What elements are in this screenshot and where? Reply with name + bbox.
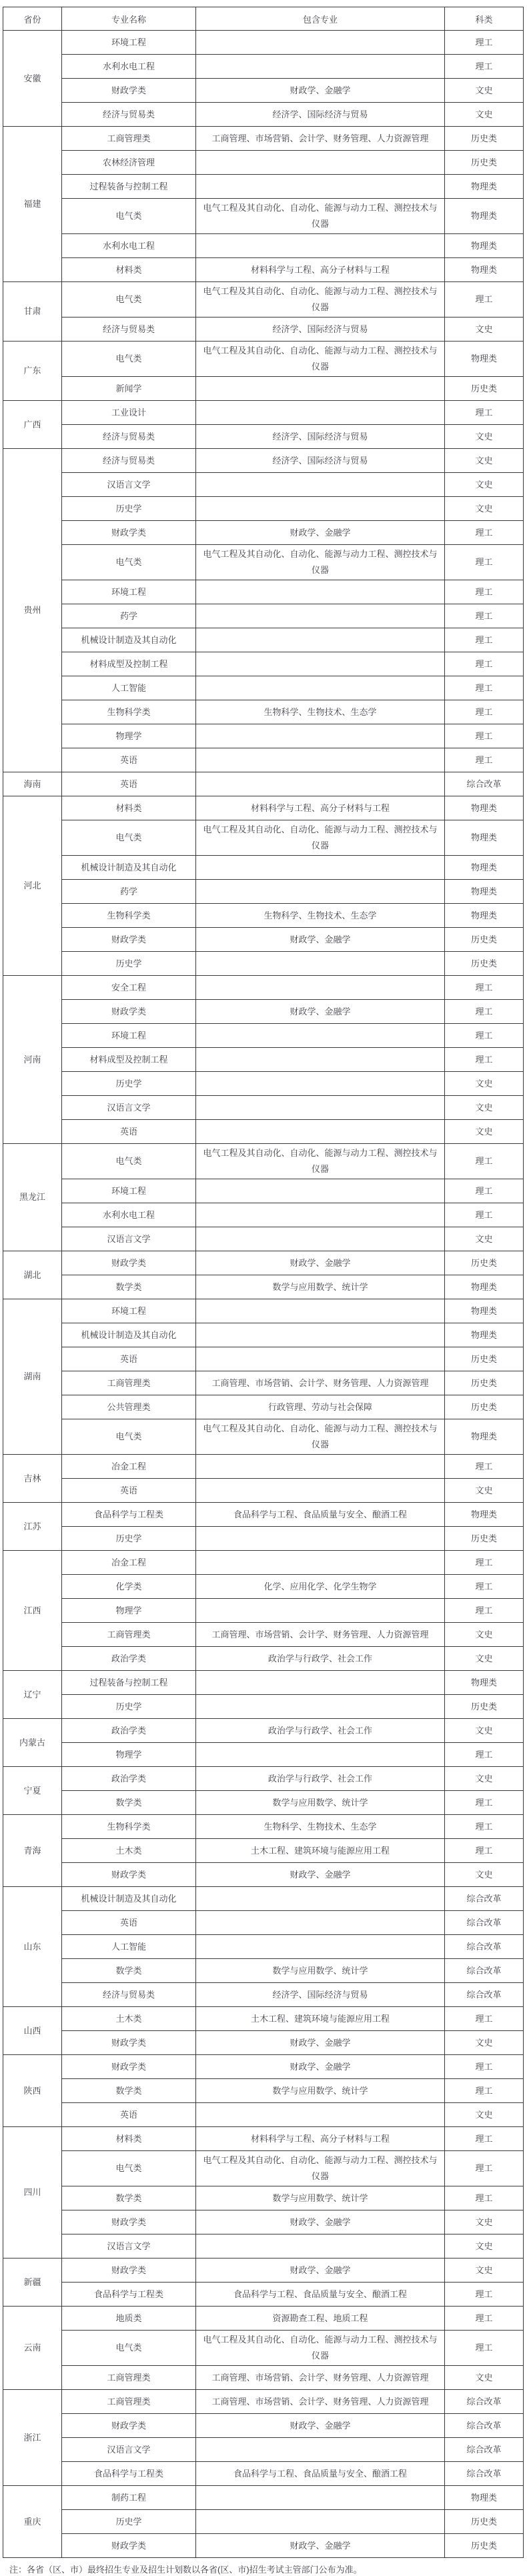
- table-row: 生物科学类生物科学、生物技术、生态学物理类: [3, 904, 524, 928]
- category-cell: 文史: [445, 79, 524, 103]
- major-cell: 英语: [62, 2103, 196, 2127]
- table-row: 英语理工: [3, 748, 524, 772]
- includes-cell: 电气工程及其自动化、自动化、能源与动力工程、测控技术与仪器: [196, 342, 445, 377]
- category-cell: 理工: [445, 1000, 524, 1024]
- category-cell: 物理类: [445, 1503, 524, 1527]
- major-cell: 冶金工程: [62, 1455, 196, 1479]
- includes-cell: [196, 2234, 445, 2259]
- table-row: 数学类数学与应用数学、统计学综合改革: [3, 1959, 524, 1983]
- major-cell: 数学类: [62, 2186, 196, 2210]
- category-cell: 综合改革: [445, 2390, 524, 2414]
- includes-cell: 土木工程、建筑环境与能源应用工程: [196, 1839, 445, 1863]
- includes-cell: [196, 652, 445, 676]
- table-row: 数学类数学与应用数学、统计学理工: [3, 2079, 524, 2103]
- table-row: 食品科学与工程类食品科学与工程、食品质量与安全、酿酒工程理工: [3, 2283, 524, 2307]
- table-row: 财政学类财政学、金融学文史: [3, 1863, 524, 1887]
- includes-cell: 工商管理、市场营销、会计学、财务管理、人力资源管理: [196, 1371, 445, 1395]
- major-cell: 电气类: [62, 1144, 196, 1179]
- table-row: 山东机械设计制造及其自动化综合改革: [3, 1887, 524, 1911]
- province-cell: 浙江: [3, 2390, 62, 2486]
- category-cell: 理工: [445, 1839, 524, 1863]
- major-cell: 材料类: [62, 796, 196, 820]
- table-row: 材料成型及控制工程理工: [3, 1048, 524, 1072]
- category-cell: 理工: [445, 521, 524, 545]
- table-row: 生物科学类生物科学、生物技术、生态学理工: [3, 700, 524, 724]
- includes-cell: 电气工程及其自动化、自动化、能源与动力工程、测控技术与仪器: [196, 199, 445, 234]
- includes-cell: 化学、应用化学、化学生物学: [196, 1575, 445, 1599]
- major-cell: 电气类: [62, 545, 196, 580]
- table-row: 机械设计制造及其自动化物理类: [3, 856, 524, 880]
- category-cell: 理工: [445, 2331, 524, 2366]
- includes-cell: 财政学、金融学: [196, 2259, 445, 2283]
- includes-cell: [196, 1671, 445, 1695]
- category-cell: 文史: [445, 2234, 524, 2259]
- table-row: 历史学历史类: [3, 952, 524, 976]
- table-row: 水利水电工程理工: [3, 1203, 524, 1227]
- category-cell: 历史类: [445, 1527, 524, 1551]
- province-cell: 湖南: [3, 1299, 62, 1455]
- major-cell: 政治学类: [62, 1767, 196, 1791]
- includes-cell: 财政学、金融学: [196, 2210, 445, 2234]
- category-cell: 综合改革: [445, 1959, 524, 1983]
- includes-cell: 行政管理、劳动与社会保障: [196, 1395, 445, 1419]
- category-cell: 历史类: [445, 1371, 524, 1395]
- includes-cell: 电气工程及其自动化、自动化、能源与动力工程、测控技术与仪器: [196, 282, 445, 317]
- major-cell: 物理学: [62, 1743, 196, 1767]
- category-cell: 物理类: [445, 880, 524, 904]
- table-row: 内蒙古政治学类政治学与行政学、社会工作文史: [3, 1719, 524, 1743]
- includes-cell: [196, 1299, 445, 1323]
- category-cell: 理工: [445, 2283, 524, 2307]
- table-row: 新闻学历史类: [3, 377, 524, 401]
- table-row: 经济与贸易类经济学、国际经济与贸易文史: [3, 317, 524, 342]
- major-cell: 历史学: [62, 2510, 196, 2534]
- category-cell: 理工: [445, 1203, 524, 1227]
- province-cell: 陕西: [3, 2055, 62, 2127]
- major-cell: 历史学: [62, 497, 196, 521]
- major-cell: 政治学类: [62, 1647, 196, 1671]
- major-cell: 经济与贸易类: [62, 449, 196, 473]
- category-cell: 文史: [445, 317, 524, 342]
- includes-cell: [196, 234, 445, 258]
- province-cell: 云南: [3, 2307, 62, 2390]
- category-cell: 理工: [445, 31, 524, 55]
- includes-cell: [196, 1048, 445, 1072]
- includes-cell: 数学与应用数学、统计学: [196, 1959, 445, 1983]
- includes-cell: [196, 1120, 445, 1144]
- province-cell: 四川: [3, 2127, 62, 2259]
- includes-cell: 财政学、金融学: [196, 2031, 445, 2055]
- major-cell: 环境工程: [62, 1179, 196, 1203]
- table-row: 河北材料类材料科学与工程、高分子材料与工程物理类: [3, 796, 524, 820]
- major-cell: 水利水电工程: [62, 1203, 196, 1227]
- category-cell: 文史: [445, 1479, 524, 1503]
- includes-cell: [196, 401, 445, 425]
- table-row: 政治学类政治学与行政学、社会工作文史: [3, 1647, 524, 1671]
- major-cell: 机械设计制造及其自动化: [62, 1323, 196, 1347]
- major-cell: 汉语言文学: [62, 1096, 196, 1120]
- province-cell: 贵州: [3, 449, 62, 772]
- category-cell: 历史类: [445, 151, 524, 175]
- major-cell: 英语: [62, 748, 196, 772]
- includes-cell: 经济学、国际经济与贸易: [196, 317, 445, 342]
- major-cell: 经济与贸易类: [62, 317, 196, 342]
- includes-cell: 生物科学、生物技术、生态学: [196, 700, 445, 724]
- includes-cell: 资源勘查工程、地质工程: [196, 2307, 445, 2331]
- category-cell: 理工: [445, 628, 524, 652]
- includes-cell: [196, 1227, 445, 1251]
- major-cell: 电气类: [62, 282, 196, 317]
- category-cell: 历史类: [445, 1395, 524, 1419]
- category-cell: 物理类: [445, 1299, 524, 1323]
- includes-cell: 财政学、金融学: [196, 1000, 445, 1024]
- table-row: 甘肃电气类电气工程及其自动化、自动化、能源与动力工程、测控技术与仪器理工: [3, 282, 524, 317]
- includes-cell: 生物科学、生物技术、生态学: [196, 904, 445, 928]
- table-row: 辽宁过程装备与控制工程物理类: [3, 1671, 524, 1695]
- category-cell: 理工: [445, 976, 524, 1000]
- includes-cell: [196, 1096, 445, 1120]
- table-row: 历史学历史类: [3, 2510, 524, 2534]
- includes-cell: [196, 1024, 445, 1048]
- province-cell: 新疆: [3, 2259, 62, 2307]
- includes-cell: [196, 1551, 445, 1575]
- table-row: 土木类土木工程、建筑环境与能源应用工程理工: [3, 1839, 524, 1863]
- table-row: 四川材料类材料科学与工程、高分子材料与工程理工: [3, 2127, 524, 2151]
- major-cell: 生物科学类: [62, 904, 196, 928]
- includes-cell: [196, 1911, 445, 1935]
- province-cell: 宁夏: [3, 1767, 62, 1815]
- major-cell: 食品科学与工程类: [62, 1503, 196, 1527]
- table-row: 新疆财政学类财政学、金融学文史: [3, 2259, 524, 2283]
- includes-cell: [196, 724, 445, 748]
- major-cell: 机械设计制造及其自动化: [62, 856, 196, 880]
- province-cell: 广东: [3, 342, 62, 401]
- table-row: 数学类数学与应用数学、统计学理工: [3, 1791, 524, 1815]
- category-cell: 理工: [445, 652, 524, 676]
- category-cell: 理工: [445, 2007, 524, 2031]
- province-cell: 河北: [3, 796, 62, 976]
- category-cell: 理工: [445, 2307, 524, 2331]
- includes-cell: 电气工程及其自动化、自动化、能源与动力工程、测控技术与仪器: [196, 545, 445, 580]
- includes-cell: [196, 31, 445, 55]
- category-cell: 文史: [445, 425, 524, 449]
- major-cell: 政治学类: [62, 1719, 196, 1743]
- table-row: 化学类化学、应用化学、化学生物学理工: [3, 1575, 524, 1599]
- major-cell: 公共管理类: [62, 1395, 196, 1419]
- major-cell: 英语: [62, 1347, 196, 1371]
- major-cell: 安全工程: [62, 976, 196, 1000]
- major-cell: 材料类: [62, 2127, 196, 2151]
- category-cell: 理工: [445, 2186, 524, 2210]
- major-cell: 水利水电工程: [62, 55, 196, 79]
- province-cell: 湖北: [3, 1251, 62, 1299]
- includes-cell: [196, 175, 445, 199]
- category-cell: 文史: [445, 1719, 524, 1743]
- major-cell: 财政学类: [62, 521, 196, 545]
- includes-cell: [196, 55, 445, 79]
- province-cell: 江苏: [3, 1503, 62, 1551]
- category-cell: 理工: [445, 1791, 524, 1815]
- category-cell: 物理类: [445, 234, 524, 258]
- major-cell: 环境工程: [62, 580, 196, 604]
- table-row: 经济与贸易类经济学、国际经济与贸易文史: [3, 425, 524, 449]
- includes-cell: [196, 377, 445, 401]
- includes-cell: 数学与应用数学、统计学: [196, 2186, 445, 2210]
- major-cell: 人工智能: [62, 676, 196, 700]
- table-row: 吉林冶金工程理工: [3, 1455, 524, 1479]
- table-row: 水利水电工程理工: [3, 55, 524, 79]
- major-cell: 药学: [62, 880, 196, 904]
- includes-cell: [196, 473, 445, 497]
- admission-table: 省份 专业名称 包含专业 科类 安徽环境工程理工水利水电工程理工财政学类财政学、…: [3, 7, 524, 2558]
- province-cell: 甘肃: [3, 282, 62, 342]
- category-cell: 理工: [445, 1743, 524, 1767]
- category-cell: 文史: [445, 2031, 524, 2055]
- major-cell: 财政学类: [62, 928, 196, 952]
- table-row: 广西工业设计理工: [3, 401, 524, 425]
- table-row: 公共管理类行政管理、劳动与社会保障历史类: [3, 1395, 524, 1419]
- includes-cell: 食品科学与工程、食品质量与安全、酿酒工程: [196, 2462, 445, 2486]
- major-cell: 历史学: [62, 1527, 196, 1551]
- table-row: 药学理工: [3, 604, 524, 628]
- includes-cell: [196, 976, 445, 1000]
- category-cell: 理工: [445, 401, 524, 425]
- major-cell: 材料类: [62, 258, 196, 282]
- includes-cell: [196, 1072, 445, 1096]
- includes-cell: [196, 628, 445, 652]
- major-cell: 财政学类: [62, 79, 196, 103]
- includes-cell: 财政学、金融学: [196, 1251, 445, 1275]
- table-row: 汉语言文学文史: [3, 473, 524, 497]
- major-cell: 食品科学与工程类: [62, 2462, 196, 2486]
- category-cell: 理工: [445, 2127, 524, 2151]
- major-cell: 环境工程: [62, 1299, 196, 1323]
- table-row: 湖南环境工程物理类: [3, 1299, 524, 1323]
- table-row: 水利水电工程物理类: [3, 234, 524, 258]
- major-cell: 财政学类: [62, 2414, 196, 2438]
- table-row: 英语文史: [3, 1120, 524, 1144]
- includes-cell: 工商管理、市场营销、会计学、财务管理、人力资源管理: [196, 2390, 445, 2414]
- category-cell: 历史类: [445, 952, 524, 976]
- includes-cell: [196, 1695, 445, 1719]
- category-cell: 理工: [445, 580, 524, 604]
- major-cell: 制药工程: [62, 2486, 196, 2510]
- includes-cell: 财政学、金融学: [196, 928, 445, 952]
- major-cell: 电气类: [62, 1419, 196, 1455]
- major-cell: 汉语言文学: [62, 1227, 196, 1251]
- includes-cell: [196, 880, 445, 904]
- table-row: 数学类数学与应用数学、统计学物理类: [3, 1275, 524, 1299]
- includes-cell: [196, 2486, 445, 2510]
- major-cell: 数学类: [62, 2079, 196, 2103]
- category-cell: 历史类: [445, 377, 524, 401]
- table-row: 电气类电气工程及其自动化、自动化、能源与动力工程、测控技术与仪器物理类: [3, 1419, 524, 1455]
- major-cell: 财政学类: [62, 1863, 196, 1887]
- table-row: 安徽环境工程理工: [3, 31, 524, 55]
- includes-cell: 数学与应用数学、统计学: [196, 1275, 445, 1299]
- includes-cell: 财政学、金融学: [196, 2534, 445, 2558]
- major-cell: 财政学类: [62, 2534, 196, 2558]
- table-row: 云南地质类资源勘查工程、地质工程理工: [3, 2307, 524, 2331]
- includes-cell: [196, 1455, 445, 1479]
- table-row: 经济与贸易类经济学、国际经济与贸易文史: [3, 103, 524, 127]
- table-row: 广东电气类电气工程及其自动化、自动化、能源与动力工程、测控技术与仪器物理类: [3, 342, 524, 377]
- includes-cell: 财政学、金融学: [196, 79, 445, 103]
- includes-cell: 工商管理、市场营销、会计学、财务管理、人力资源管理: [196, 127, 445, 151]
- category-cell: 理工: [445, 1144, 524, 1179]
- major-cell: 物理学: [62, 724, 196, 748]
- major-cell: 财政学类: [62, 2210, 196, 2234]
- includes-cell: [196, 1887, 445, 1911]
- category-cell: 综合改革: [445, 1935, 524, 1959]
- province-cell: 海南: [3, 772, 62, 796]
- category-cell: 物理类: [445, 1275, 524, 1299]
- major-cell: 电气类: [62, 199, 196, 234]
- table-row: 药学物理类: [3, 880, 524, 904]
- table-row: 电气类电气工程及其自动化、自动化、能源与动力工程、测控技术与仪器理工: [3, 2331, 524, 2366]
- category-cell: 文史: [445, 1072, 524, 1096]
- category-cell: 历史类: [445, 1695, 524, 1719]
- major-cell: 电气类: [62, 820, 196, 856]
- major-cell: 英语: [62, 772, 196, 796]
- page: 省份 专业名称 包含专业 科类 安徽环境工程理工水利水电工程理工财政学类财政学、…: [0, 7, 527, 2576]
- category-cell: 物理类: [445, 175, 524, 199]
- category-cell: 综合改革: [445, 772, 524, 796]
- category-cell: 文史: [445, 1623, 524, 1647]
- category-cell: 理工: [445, 748, 524, 772]
- category-cell: 物理类: [445, 342, 524, 377]
- includes-cell: 财政学、金融学: [196, 2055, 445, 2079]
- category-cell: 历史类: [445, 2534, 524, 2558]
- includes-cell: [196, 1203, 445, 1227]
- category-cell: 综合改革: [445, 2462, 524, 2486]
- category-cell: 历史类: [445, 928, 524, 952]
- category-cell: 理工: [445, 1551, 524, 1575]
- major-cell: 水利水电工程: [62, 234, 196, 258]
- includes-cell: [196, 1479, 445, 1503]
- table-row: 物理学理工: [3, 1743, 524, 1767]
- includes-cell: [196, 1323, 445, 1347]
- category-cell: 理工: [445, 676, 524, 700]
- footnote: 注：各省（区、市）最终招生专业及招生计划数以各省(区、市)招生考试主管部门公布为…: [9, 2564, 527, 2576]
- table-row: 经济与贸易类经济学、国际经济与贸易综合改革: [3, 1983, 524, 2007]
- table-row: 物理学理工: [3, 1599, 524, 1623]
- includes-cell: [196, 604, 445, 628]
- table-row: 河南安全工程理工: [3, 976, 524, 1000]
- category-cell: 理工: [445, 700, 524, 724]
- table-row: 工商管理类工商管理、市场营销、会计学、财务管理、人力资源管理文史: [3, 1623, 524, 1647]
- table-body: 安徽环境工程理工水利水电工程理工财政学类财政学、金融学文史经济与贸易类经济学、国…: [3, 31, 524, 2558]
- major-cell: 化学类: [62, 1575, 196, 1599]
- category-cell: 理工: [445, 1599, 524, 1623]
- category-cell: 综合改革: [445, 1887, 524, 1911]
- category-cell: 历史类: [445, 1251, 524, 1275]
- major-cell: 土木类: [62, 2007, 196, 2031]
- includes-cell: [196, 1179, 445, 1203]
- includes-cell: [196, 772, 445, 796]
- table-row: 汉语言文学文史: [3, 2234, 524, 2259]
- category-cell: 理工: [445, 2151, 524, 2186]
- major-cell: 英语: [62, 1120, 196, 1144]
- includes-cell: 食品科学与工程、食品质量与安全、酿酒工程: [196, 2283, 445, 2307]
- includes-cell: 财政学、金融学: [196, 1863, 445, 1887]
- category-cell: 文史: [445, 1120, 524, 1144]
- includes-cell: 政治学与行政学、社会工作: [196, 1647, 445, 1671]
- category-cell: 理工: [445, 1455, 524, 1479]
- includes-cell: [196, 1935, 445, 1959]
- table-row: 材料类材料科学与工程、高分子材料与工程物理类: [3, 258, 524, 282]
- table-row: 财政学类财政学、金融学理工: [3, 521, 524, 545]
- major-cell: 冶金工程: [62, 1551, 196, 1575]
- category-cell: 文史: [445, 449, 524, 473]
- includes-cell: 经济学、国际经济与贸易: [196, 449, 445, 473]
- includes-cell: 工商管理、市场营销、会计学、财务管理、人力资源管理: [196, 1623, 445, 1647]
- major-cell: 工商管理类: [62, 2366, 196, 2390]
- major-cell: 生物科学类: [62, 700, 196, 724]
- major-cell: 经济与贸易类: [62, 103, 196, 127]
- major-cell: 财政学类: [62, 2055, 196, 2079]
- major-cell: 历史学: [62, 952, 196, 976]
- table-row: 电气类电气工程及其自动化、自动化、能源与动力工程、测控技术与仪器理工: [3, 545, 524, 580]
- province-cell: 山东: [3, 1887, 62, 2007]
- includes-cell: 材料科学与工程、高分子材料与工程: [196, 796, 445, 820]
- category-cell: 文史: [445, 1647, 524, 1671]
- major-cell: 土木类: [62, 1839, 196, 1863]
- table-row: 贵州经济与贸易类经济学、国际经济与贸易文史: [3, 449, 524, 473]
- table-row: 工商管理类工商管理、市场营销、会计学、财务管理、人力资源管理历史类: [3, 1371, 524, 1395]
- table-row: 汉语言文学文史: [3, 1227, 524, 1251]
- major-cell: 工商管理类: [62, 127, 196, 151]
- includes-cell: 经济学、国际经济与贸易: [196, 103, 445, 127]
- category-cell: 物理类: [445, 796, 524, 820]
- table-row: 英语文史: [3, 2103, 524, 2127]
- includes-cell: 电气工程及其自动化、自动化、能源与动力工程、测控技术与仪器: [196, 2331, 445, 2366]
- category-cell: 文史: [445, 2210, 524, 2234]
- province-cell: 内蒙古: [3, 1719, 62, 1767]
- category-cell: 理工: [445, 1048, 524, 1072]
- major-cell: 材料成型及控制工程: [62, 1048, 196, 1072]
- major-cell: 农林经济管理: [62, 151, 196, 175]
- major-cell: 汉语言文学: [62, 2234, 196, 2259]
- category-cell: 文史: [445, 473, 524, 497]
- category-cell: 文史: [445, 103, 524, 127]
- category-cell: 物理类: [445, 2486, 524, 2510]
- major-cell: 经济与贸易类: [62, 425, 196, 449]
- table-row: 海南英语综合改革: [3, 772, 524, 796]
- category-cell: 物理类: [445, 1671, 524, 1695]
- table-row: 过程装备与控制工程物理类: [3, 175, 524, 199]
- table-row: 英语综合改革: [3, 1911, 524, 1935]
- includes-cell: 数学与应用数学、统计学: [196, 2079, 445, 2103]
- province-cell: 山西: [3, 2007, 62, 2055]
- table-row: 福建工商管理类工商管理、市场营销、会计学、财务管理、人力资源管理历史类: [3, 127, 524, 151]
- category-cell: 理工: [445, 724, 524, 748]
- table-row: 电气类电气工程及其自动化、自动化、能源与动力工程、测控技术与仪器物理类: [3, 820, 524, 856]
- major-cell: 电气类: [62, 2331, 196, 2366]
- includes-cell: [196, 748, 445, 772]
- includes-cell: 材料科学与工程、高分子材料与工程: [196, 258, 445, 282]
- province-cell: 江西: [3, 1551, 62, 1671]
- table-row: 农林经济管理历史类: [3, 151, 524, 175]
- major-cell: 数学类: [62, 1959, 196, 1983]
- table-row: 历史学历史类: [3, 1527, 524, 1551]
- category-cell: 综合改革: [445, 1983, 524, 2007]
- table-row: 电气类电气工程及其自动化、自动化、能源与动力工程、测控技术与仪器物理类: [3, 199, 524, 234]
- includes-cell: 政治学与行政学、社会工作: [196, 1767, 445, 1791]
- includes-cell: [196, 151, 445, 175]
- major-cell: 财政学类: [62, 1251, 196, 1275]
- major-cell: 工商管理类: [62, 1371, 196, 1395]
